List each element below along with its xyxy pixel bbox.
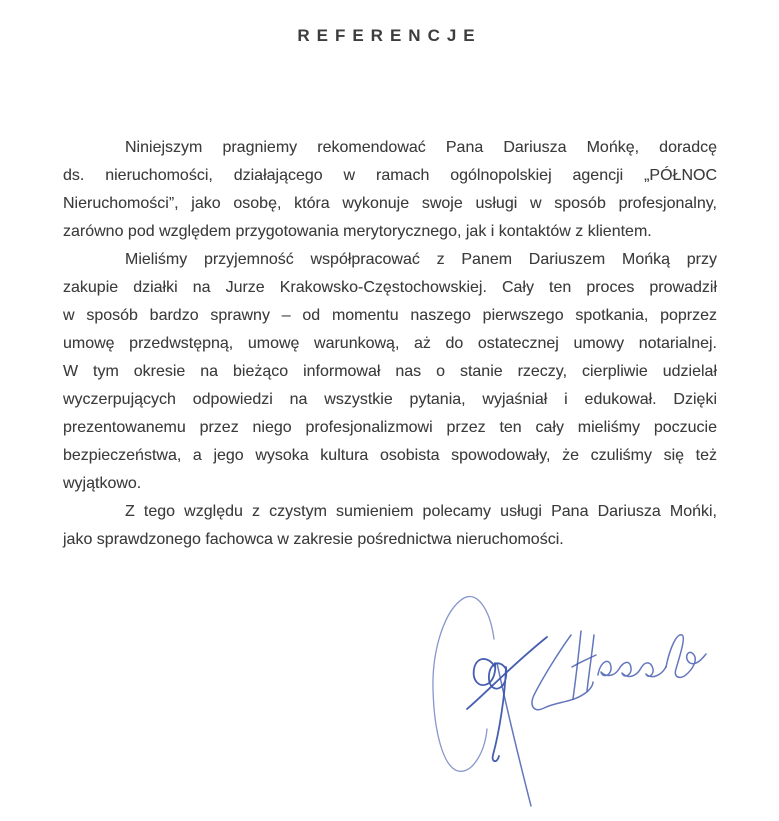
text-line: umowę przedwstępną, umowę warunkową, aż … xyxy=(63,330,717,358)
text-line: wyczerpujących odpowiedzi na wszystkie p… xyxy=(63,386,717,414)
signature-underline-flourish xyxy=(532,635,593,710)
text-line: jako sprawdzonego fachowca w zakresie po… xyxy=(63,526,717,554)
signature-surname-ending-stroke xyxy=(666,635,706,678)
reference-letter-page: REFERENCJE Niniejszym pragniemy rekomend… xyxy=(0,0,779,821)
signature-a-loop-stroke xyxy=(474,659,496,685)
signature-surname-crossbar xyxy=(572,655,596,667)
text-line: bezpieczeństwa, a jego wysoka kultura os… xyxy=(63,442,717,470)
signature-g-stroke xyxy=(489,663,506,761)
text-line: prezentowanemu przez niego profesjonaliz… xyxy=(63,414,717,442)
text-line: zakupie działki na Jurze Krakowsko-Częst… xyxy=(63,274,717,302)
document-body: Niniejszym pragniemy rekomendować Pana D… xyxy=(63,134,717,554)
text-line: Mieliśmy przyjemność współpracować z Pan… xyxy=(63,246,717,274)
handwritten-signature xyxy=(430,585,710,820)
text-line: wyjątkowo. xyxy=(63,470,717,498)
document-title: REFERENCJE xyxy=(0,26,779,46)
text-line: w sposób bardzo sprawny – od momentu nas… xyxy=(63,302,717,330)
text-line: zarówno pod względem przygotowania meryt… xyxy=(63,218,717,246)
signature-diagonal-stroke xyxy=(497,663,531,806)
text-line: W tym okresie na bieżąco informował nas … xyxy=(63,358,717,386)
text-line: Niniejszym pragniemy rekomendować Pana D… xyxy=(63,134,717,162)
signature-oval-stroke xyxy=(433,596,494,771)
text-line: Nieruchomości”, jako osobę, która wykonu… xyxy=(63,190,717,218)
text-line: ds. nieruchomości, działającego w ramach… xyxy=(63,162,717,190)
signature-surname-lowercase-stroke xyxy=(598,661,666,676)
signature-crossbar-stroke xyxy=(467,637,547,709)
text-line: Z tego względu z czystym sumieniem polec… xyxy=(63,498,717,526)
